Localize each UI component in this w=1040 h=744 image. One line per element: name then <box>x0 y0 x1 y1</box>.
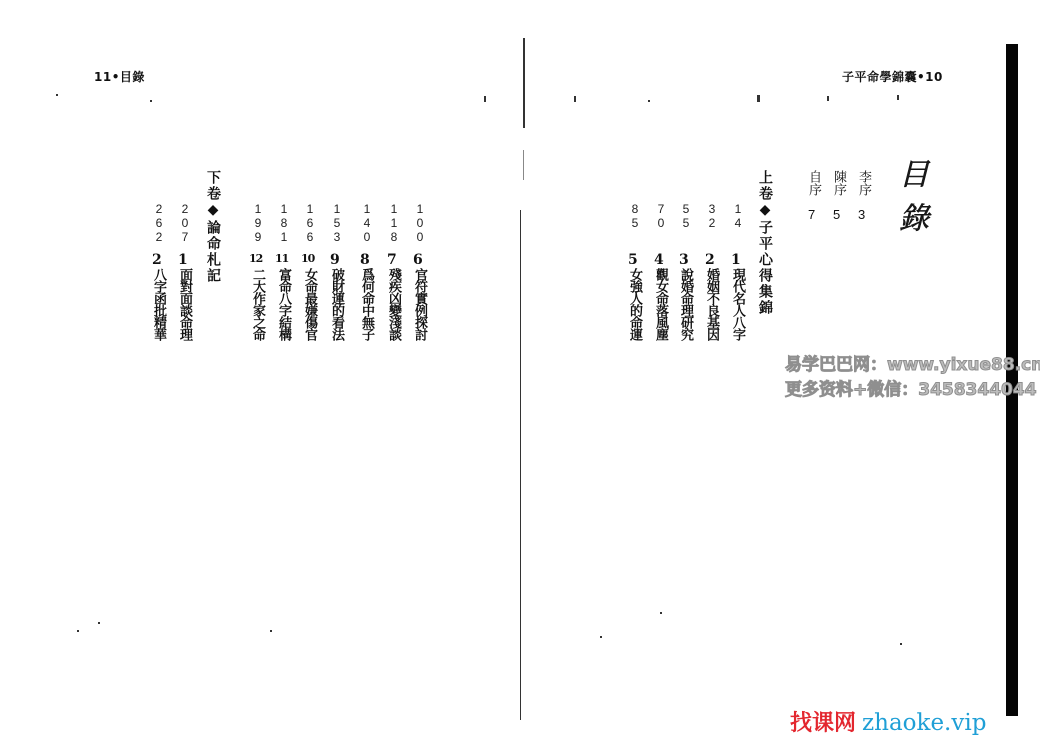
toc-entry-title: 破財運的看法 <box>329 268 344 340</box>
toc-entry-number: 10 <box>301 252 314 265</box>
toc-page-number: 85 <box>628 202 642 230</box>
toc-entry-number: 4 <box>654 252 664 268</box>
toc-entry-number: 11 <box>275 252 288 265</box>
left-page-header: 11•目錄 <box>94 68 145 85</box>
scan-speck <box>897 95 899 100</box>
toc-page-number: 181 <box>277 202 291 244</box>
toc-page-number: 262 <box>152 202 166 244</box>
preface-page-number: 7 <box>808 207 815 222</box>
watermark-brand-url: zhaoke.vip <box>862 710 986 736</box>
scan-speck <box>648 100 650 102</box>
toc-page-number: 153 <box>330 202 344 244</box>
scan-speck <box>98 622 100 624</box>
toc-entry-number: 3 <box>679 252 689 268</box>
toc-entry-title: 二大作家之命 <box>250 268 265 340</box>
watermark-brand: 找课网zhaoke.vip <box>790 706 986 737</box>
watermark-brand-cn: 找课网 <box>790 711 856 736</box>
preface-label: 陳序 <box>831 170 845 196</box>
preface-label: 李序 <box>856 170 870 196</box>
toc-entry-number: 2 <box>705 252 715 268</box>
toc-entry-title: 爲何命中無子 <box>359 268 374 340</box>
scan-speck <box>56 94 58 96</box>
toc-entry-number: 9 <box>330 252 340 268</box>
scan-speck <box>484 96 486 102</box>
preface-label: 自序 <box>806 170 820 196</box>
toc-entry-number: 1 <box>178 252 188 268</box>
toc-entry-title: 八字函批精華 <box>151 268 166 340</box>
toc-page-number: 207 <box>178 202 192 244</box>
toc-entry-title: 現代名人八字 <box>730 268 745 340</box>
toc-entry-title: 女強人的命運 <box>627 268 642 340</box>
toc-entry-number: 2 <box>152 252 162 268</box>
spine-divider-mid <box>523 150 524 180</box>
toc-entry-number: 8 <box>360 252 370 268</box>
toc-entry-title: 觀女命落風塵 <box>653 268 668 340</box>
scan-speck <box>827 96 829 101</box>
toc-entry-title: 官符實例探討 <box>412 268 427 340</box>
watermark-contact: 更多资料+微信：3458344044 <box>785 375 1037 400</box>
toc-entry-number: 7 <box>387 252 397 268</box>
toc-page-number: 100 <box>413 202 427 244</box>
preface-page-number: 3 <box>858 207 865 222</box>
toc-page-number: 140 <box>360 202 374 244</box>
preface-page-number: 5 <box>833 207 840 222</box>
scan-speck <box>574 96 576 102</box>
scan-speck <box>660 612 662 614</box>
toc-entry-title: 說婚命理研究 <box>678 268 693 340</box>
toc-entry-title: 女命最嫌傷官 <box>302 268 317 340</box>
watermark-site: 易学巴巴网：www.yixue88.cn <box>785 350 1040 375</box>
toc-entry-title: 婚姻不良基因 <box>704 268 719 340</box>
toc-page-number: 118 <box>387 202 401 244</box>
spine-divider-top <box>523 38 525 128</box>
toc-entry-number: 5 <box>628 252 638 268</box>
toc-entry-number: 12 <box>249 252 262 265</box>
scan-speck <box>270 630 272 632</box>
toc-entry-title: 殘疾凶變淺談 <box>386 268 401 340</box>
toc-page-number: 70 <box>654 202 668 230</box>
spine-divider-bottom <box>520 210 521 720</box>
toc-title: 目錄 <box>893 158 927 246</box>
section-heading-volume-1: 上卷◆子平心得集錦 <box>757 170 772 316</box>
scan-speck <box>600 636 602 638</box>
section-heading-volume-2: 下卷◆論命札記 <box>205 170 220 284</box>
scan-speck <box>900 643 902 645</box>
toc-page-number: 32 <box>705 202 719 230</box>
toc-entry-title: 富命八字結構 <box>276 268 291 340</box>
scan-speck <box>150 100 152 102</box>
toc-page-number: 55 <box>679 202 693 230</box>
toc-page-number: 199 <box>251 202 265 244</box>
scan-speck <box>77 630 79 632</box>
toc-entry-title: 面對面談命理 <box>177 268 192 340</box>
toc-page-number: 14 <box>731 202 745 230</box>
toc-entry-number: 1 <box>731 252 741 268</box>
toc-entry-number: 6 <box>413 252 423 268</box>
toc-page-number: 166 <box>303 202 317 244</box>
right-page-header: 子平命學錦囊•10 <box>842 68 943 85</box>
scan-speck <box>757 95 760 102</box>
